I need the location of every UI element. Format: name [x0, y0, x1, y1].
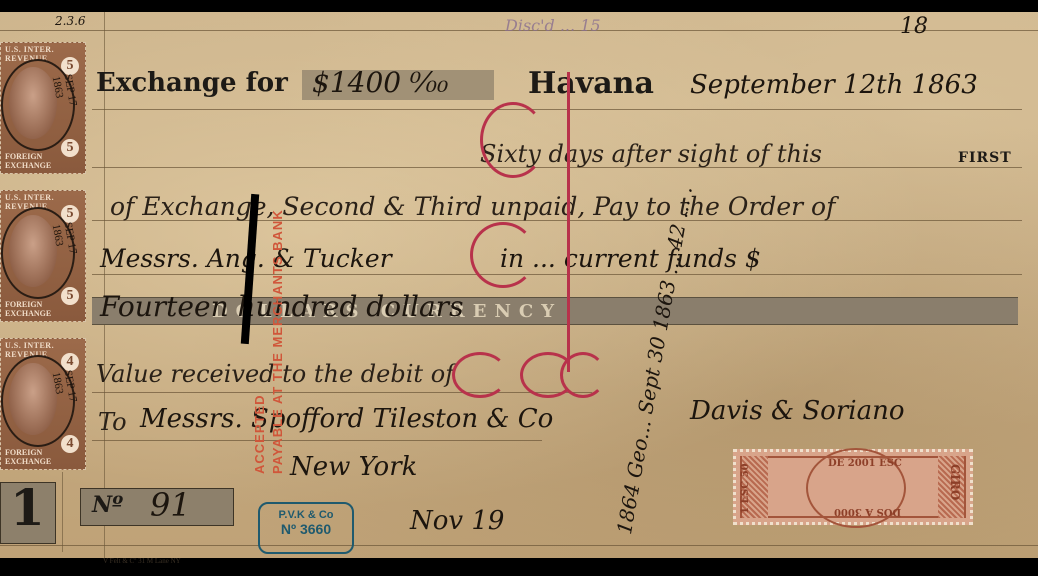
bank-stamp-line: PAYABLE AT THE MERCHANTS BANK	[270, 209, 285, 474]
red-flourish	[560, 352, 606, 398]
to-label: To	[98, 408, 127, 436]
ruled-line	[0, 545, 1038, 546]
corner-mark: 18	[900, 14, 928, 39]
revenue-stamp: U.S. INTER. REVENUE 5 5 SEP 17 1863 FORE…	[0, 42, 86, 174]
copy-label: FIRST	[958, 150, 1012, 166]
red-flourish	[452, 352, 508, 398]
endorsement: 1864 Geo... Sept 30 1863 ... 42 ... .	[612, 184, 697, 536]
red-flourish	[480, 102, 546, 178]
number-value: 91	[150, 486, 191, 524]
ruled-line	[92, 392, 592, 393]
amount: $1400 ⁰⁄₀₀	[312, 66, 448, 99]
printer-credit: V Felt & Cº 31 M Lane NY	[103, 557, 181, 565]
drawee: Messrs. Spofford Tileston & Co	[140, 404, 553, 434]
top-faint-note: Disc'd ... 15	[505, 16, 601, 35]
revenue-stamp: U.S. INTER. REVENUE 4 4 SEP 17 1863 FORE…	[0, 338, 86, 470]
revenue-stamp: U.S. INTER. REVENUE 5 5 SEP 17 1863 FORE…	[0, 190, 86, 322]
place: Havana	[528, 66, 654, 101]
ruled-line	[92, 274, 1022, 275]
number-label: Nº	[92, 492, 123, 518]
top-left-number: 2.3.6	[55, 14, 86, 28]
blue-stamp: P.V.K & Co Nº 3660	[258, 502, 354, 554]
bill-of-exchange: 2.3.6 Disc'd ... 15 18 Exchange for $140…	[0, 12, 1038, 558]
margin-line	[62, 472, 63, 552]
bank-stamp-line: ACCEPTED	[252, 394, 267, 474]
bank-acceptance-stamp: ACCEPTED PAYABLE AT THE MERCHANTS BANK	[250, 142, 340, 472]
funds: in ... current funds $	[500, 244, 761, 273]
red-flourish	[470, 222, 536, 288]
line-exchange: of Exchange, Second & Third unpaid, Pay …	[110, 192, 835, 221]
red-flourish	[567, 72, 570, 372]
acceptance-date: Nov 19	[410, 506, 504, 536]
signature: Davis & Soriano	[690, 396, 904, 426]
header-label: Exchange for	[96, 68, 288, 98]
ruled-line	[92, 109, 1022, 110]
giro-stamp: DE 2001 ESC DOS A 3000 1 ESC 50 GIRO	[733, 449, 973, 525]
date: September 12th 1863	[690, 70, 978, 100]
big-numeral: 1	[10, 478, 45, 537]
